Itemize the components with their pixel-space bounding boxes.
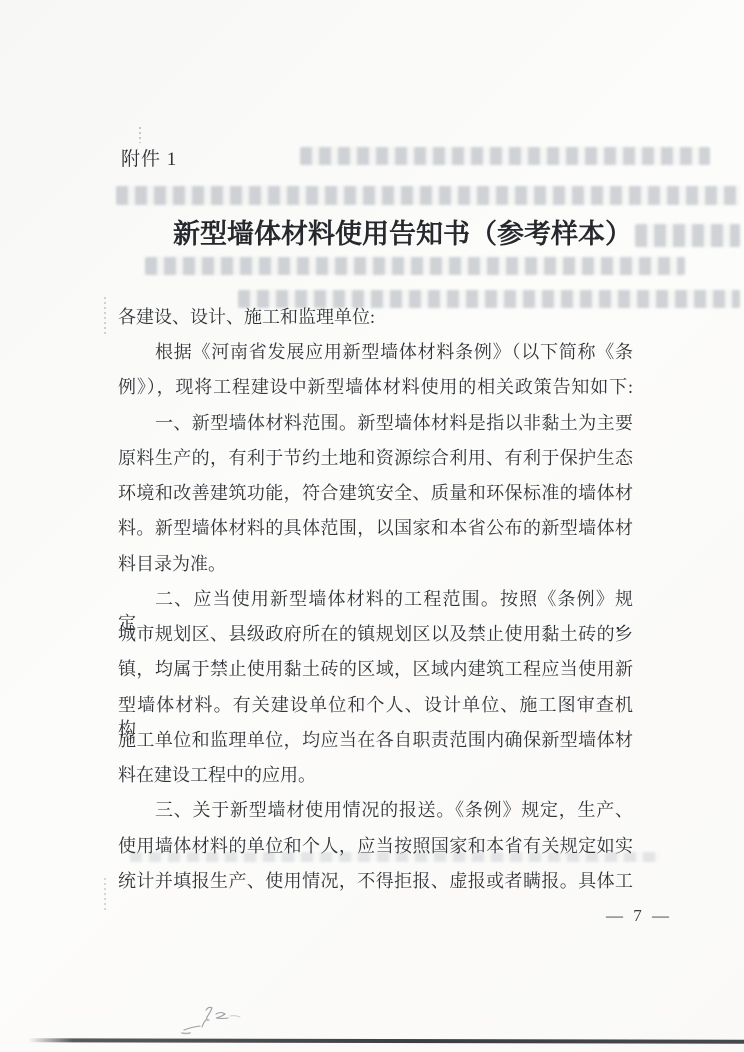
body-line: 原料生产的，有利于节约土地和资源综合利用、有利于保护生态 [118,446,633,472]
body-line: 型墙体材料。有关建设单位和个人、设计单位、施工图审查机构、 [118,693,633,719]
body-line: 料在建设工程中的应用。 [118,763,633,789]
body-line: 统计并填报生产、使用情况，不得拒报、虚报或者瞒报。具体工 [118,869,633,895]
body-line: 根据《河南省发展应用新型墙体材料条例》（以下简称《条 [118,340,633,366]
body-line: 料目录为准。 [118,552,633,578]
scan-artifact-dots [104,878,106,910]
page-number: — 7 — [606,906,672,926]
body-line: 料。新型墙体材料的具体范围，以国家和本省公布的新型墙体材 [118,516,633,542]
bleed-through-band [145,257,685,275]
body-line: 施工单位和监理单位，均应当在各自职责范围内确保新型墙体材 [118,728,633,754]
scan-artifact-dots [139,127,141,143]
body-line: 例》），现将工程建设中新型墙体材料使用的相关政策告知如下: [118,375,633,401]
body-line-salutation: 各建设、设计、施工和监理单位: [118,305,633,331]
bleed-through-band [635,224,740,247]
body-line: 城市规划区、县级政府所在的镇规划区以及禁止使用黏土砖的乡 [118,622,633,648]
body-line: 使用墙体材料的单位和个人，应当按照国家和本省有关规定如实 [118,834,633,860]
pencil-smudge [172,1000,258,1042]
body-line: 一、新型墙体材料范围。新型墙体材料是指以非黏土为主要 [118,411,633,437]
bleed-through-band [116,186,740,205]
attachment-label: 附件 1 [121,144,177,171]
body-line: 环境和改善建筑功能，符合建筑安全、质量和环保标准的墙体材 [118,481,633,507]
body-line: 镇，均属于禁止使用黏土砖的区域，区域内建筑工程应当使用新 [118,657,633,683]
bleed-through-band [300,147,710,165]
scanned-document-page: 附件 1 新型墙体材料使用告知书（参考样本） 各建设、设计、施工和监理单位: 根… [0,0,744,1052]
scan-edge-line [28,1038,744,1043]
scan-artifact-dots [104,297,106,335]
document-title: 新型墙体材料使用告知书（参考样本） [173,212,632,251]
body-line: 三、关于新型墙材使用情况的报送。《条例》规定，生产、 [118,798,633,824]
body-line: 二、应当使用新型墙体材料的工程范围。按照《条例》规定， [118,587,633,613]
